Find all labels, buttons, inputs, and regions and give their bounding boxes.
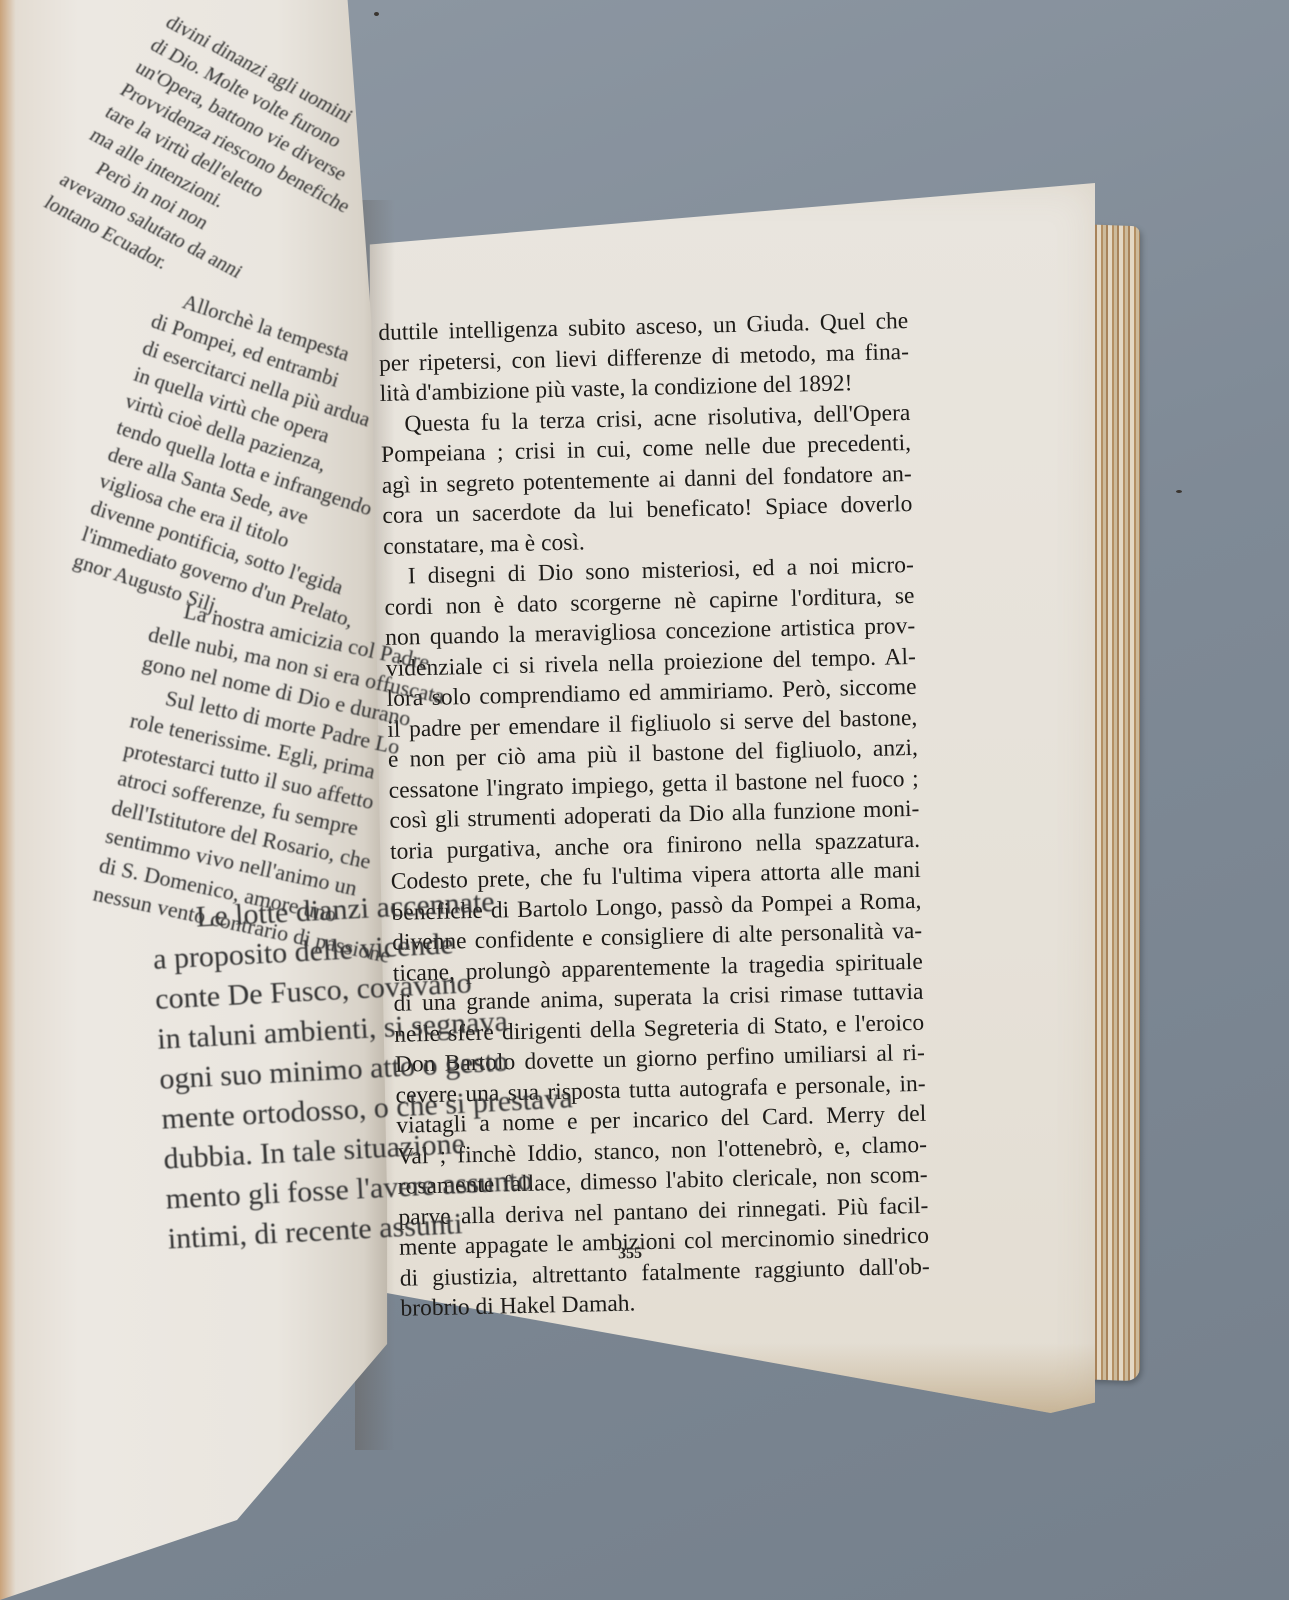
left-page-text-bottom: Le lotte dianzi accennate a proposito de…	[150, 878, 580, 1259]
dust-speck	[374, 12, 379, 16]
dust-speck	[1176, 490, 1182, 493]
photo-scene: duttile intelligenza subito asceso, un G…	[0, 0, 1289, 1600]
page-number: 355	[618, 1245, 642, 1263]
